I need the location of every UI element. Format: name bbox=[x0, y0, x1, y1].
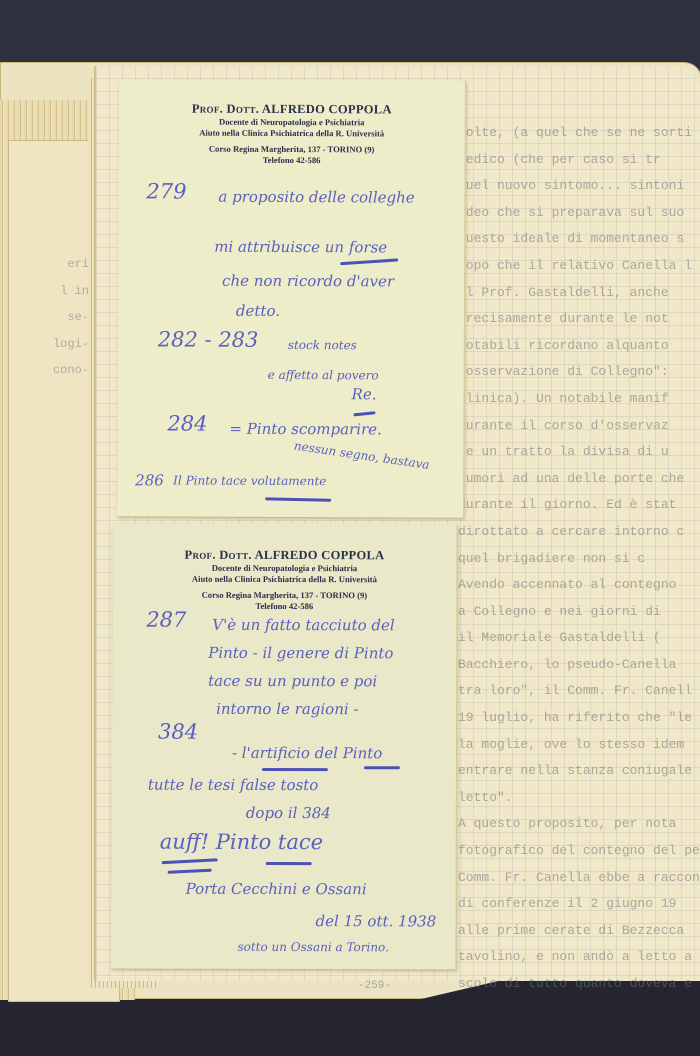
letterhead-block: Prof. Dott. ALFREDO COPPOLA Docente di N… bbox=[112, 548, 456, 612]
typed-line: letto". bbox=[458, 785, 700, 812]
typed-line: volte, (a quel che se ne sorti bbox=[458, 120, 700, 147]
underline bbox=[353, 411, 375, 416]
note-text: tace su un punto e poi bbox=[208, 672, 377, 690]
typed-line: al Prof. Gastaldelli, anche bbox=[458, 280, 700, 307]
typed-line: dopo che il relativo Canella l bbox=[458, 253, 700, 280]
note-text: dopo il 384 bbox=[246, 804, 331, 822]
typed-line: durante il giorno. Ed è stat bbox=[458, 492, 700, 519]
note-text: detto. bbox=[236, 302, 280, 320]
typed-line: "osservazione di Collegno": bbox=[458, 359, 700, 386]
underline bbox=[262, 768, 328, 771]
note-text: Pinto - il genere di Pinto bbox=[208, 644, 393, 662]
typed-line: Bacchiero, lo pseudo-Canella bbox=[458, 652, 700, 679]
note-text: auff! Pinto tace bbox=[160, 830, 323, 854]
note-text: intorno le ragioni - bbox=[216, 700, 358, 718]
note-text: V'è un fatto tacciuto del bbox=[212, 616, 394, 634]
underline bbox=[162, 858, 218, 864]
letterhead-phone: Telefono 42-586 bbox=[119, 154, 465, 166]
note-ref: 287 bbox=[146, 608, 186, 632]
note-text: e affetto al povero bbox=[268, 368, 379, 382]
typed-line: il Memoriale Gastaldelli ( bbox=[458, 625, 700, 652]
underline bbox=[364, 766, 400, 769]
note-text: stock notes bbox=[288, 338, 357, 352]
typed-line: Questo ideale di momentaneo s bbox=[458, 226, 700, 253]
typed-line: a Collegno e nei giorni di bbox=[458, 599, 700, 626]
underline bbox=[168, 869, 212, 874]
letterhead-title: Prof. Dott. bbox=[192, 102, 259, 116]
typed-line: notabili ricordano alquanto bbox=[458, 333, 700, 360]
note-text: Porta Cecchini e Ossani bbox=[186, 880, 367, 898]
typed-line: Comm. Fr. Canella ebbe a raccont bbox=[458, 865, 700, 892]
letterhead-name: ALFREDO COPPOLA bbox=[262, 102, 392, 117]
typed-line: 19 luglio, ha riferito che "le bbox=[458, 705, 700, 732]
typed-line: durante il corso d'osservaz bbox=[458, 413, 700, 440]
note-text: Il Pinto tace volutamente bbox=[173, 473, 326, 488]
typed-line: rumori ad una delle porte che bbox=[458, 466, 700, 493]
left-sheet-typed-text: eri l in se- logi- cono- bbox=[9, 251, 89, 384]
typed-line: ideo che si preparava sul suo bbox=[458, 200, 700, 227]
typed-line: Clinica). Un notabile manif bbox=[458, 386, 700, 413]
letterhead-name: ALFREDO COPPOLA bbox=[255, 548, 385, 562]
letterhead-block: Prof. Dott. ALFREDO COPPOLA Docente di N… bbox=[119, 101, 465, 166]
typed-line: Avendo accennato al contegno bbox=[458, 572, 700, 599]
note-ref: 282 - 283 bbox=[158, 327, 259, 351]
note-text: che non ricordo d'aver bbox=[222, 272, 394, 291]
note-ref: 286 bbox=[135, 471, 164, 489]
note-text: nessun segno, bastava bbox=[293, 439, 430, 472]
typed-line: fotografico del contegno del peri bbox=[458, 838, 700, 865]
note-ref: 384 bbox=[158, 720, 198, 744]
typed-line: di conferenze il 2 giugno 19 bbox=[458, 891, 700, 918]
letterhead-card-1: Prof. Dott. ALFREDO COPPOLA Docente di N… bbox=[117, 79, 466, 518]
typed-line: tavolino, e non andò a letto a bbox=[458, 944, 700, 971]
typed-line: la moglie, ove lo stesso idem bbox=[458, 732, 700, 759]
note-text: Re. bbox=[352, 385, 377, 403]
note-text: a proposito delle colleghe bbox=[218, 188, 414, 207]
letterhead-title: Prof. Dott. bbox=[184, 548, 251, 562]
note-text: = Pinto scomparire. bbox=[229, 420, 381, 439]
typed-line: A questo proposito, per nota bbox=[458, 811, 700, 838]
date-note: del 15 ott. 1938 bbox=[316, 912, 437, 930]
typed-line: dirottato a cercare intorno c bbox=[458, 519, 700, 546]
letterhead-card-2: Prof. Dott. ALFREDO COPPOLA Docente di N… bbox=[111, 524, 457, 970]
underline bbox=[265, 497, 331, 501]
typed-line: quel brigadiere non si c bbox=[458, 546, 700, 573]
typed-text-block: volte, (a quel che se ne sorti medico (c… bbox=[458, 120, 700, 998]
typed-line: medico (che per caso si tr bbox=[458, 147, 700, 174]
note-ref: 279 bbox=[146, 179, 186, 203]
note-text: sotto un Ossani a Torino. bbox=[237, 940, 388, 954]
note-text: tutte le tesi false tosto bbox=[148, 776, 318, 794]
typed-line: se un tratto la divisa di u bbox=[458, 439, 700, 466]
note-text: mi attribuisce un forse bbox=[214, 238, 387, 257]
typed-line: alle prime cerate di Bezzecca bbox=[458, 918, 700, 945]
page-number: -259- bbox=[358, 980, 391, 992]
underline bbox=[340, 258, 398, 265]
note-ref: 284 bbox=[167, 411, 207, 435]
underline bbox=[266, 862, 312, 865]
typed-line: scolo di tutto quanto doveva e bbox=[458, 971, 700, 998]
typed-line: entrare nella stanza coniugale bbox=[458, 758, 700, 785]
typed-line: quel nuovo sintomo... sintoni bbox=[458, 173, 700, 200]
note-text: - l'artificio del Pinto bbox=[232, 744, 382, 762]
typed-line: tra loro", il Comm. Fr. Canell bbox=[458, 678, 700, 705]
typed-line: precisamente durante le not bbox=[458, 306, 700, 333]
